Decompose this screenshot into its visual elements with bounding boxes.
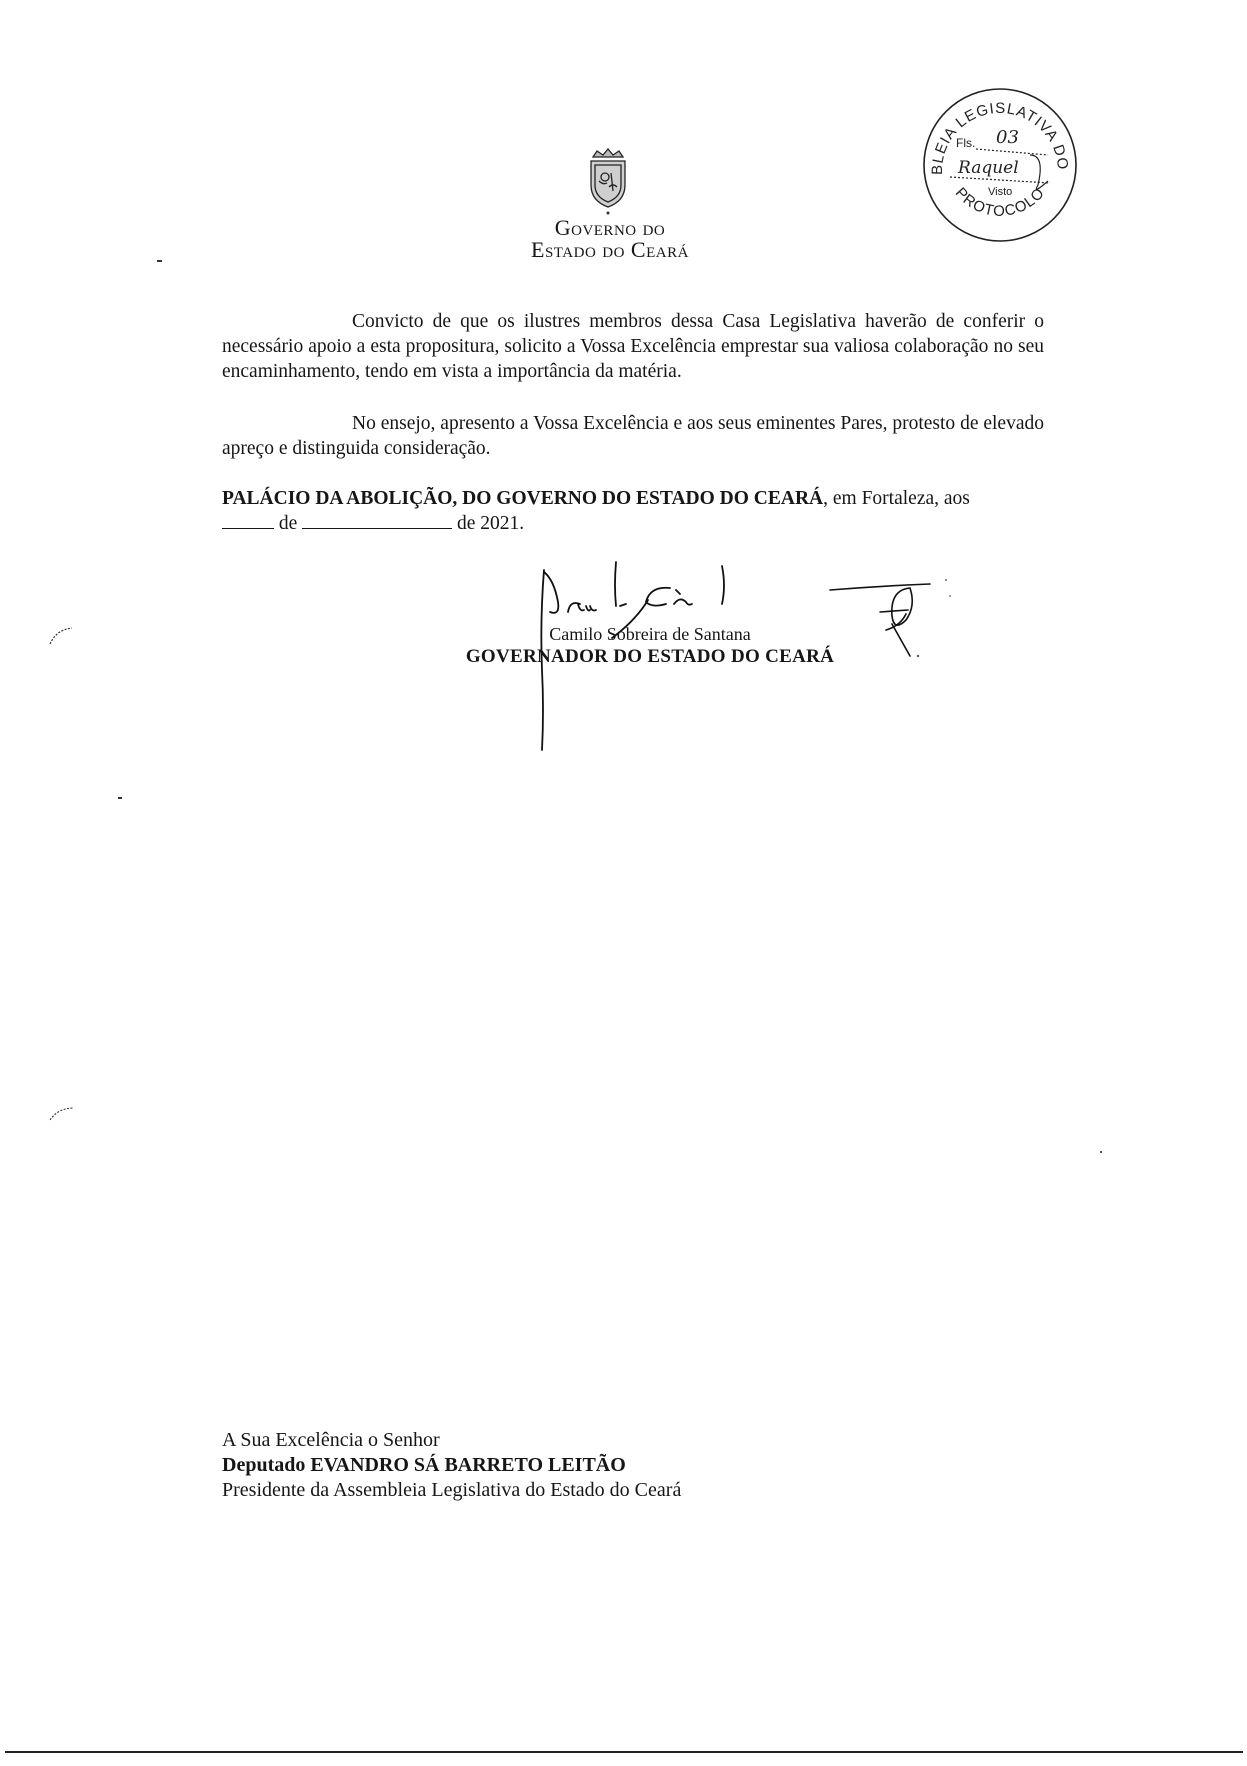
day-blank bbox=[222, 512, 274, 529]
addressee-name: Deputado EVANDRO SÁ BARRETO LEITÃO bbox=[222, 1453, 1022, 1478]
svg-text:03: 03 bbox=[996, 127, 1019, 148]
svg-text:Visto: Visto bbox=[988, 186, 1012, 198]
month-blank bbox=[302, 512, 452, 529]
rubric-initials-icon bbox=[810, 570, 970, 690]
ceara-coat-of-arms-icon bbox=[583, 147, 633, 217]
bottom-rule bbox=[5, 1751, 1243, 1753]
scan-mark bbox=[118, 797, 122, 799]
scan-arc-mark bbox=[48, 622, 78, 646]
svg-text:Fls.: Fls. bbox=[956, 136, 975, 150]
paragraph-ensejo: No ensejo, apresento a Vossa Excelência … bbox=[222, 411, 1044, 461]
scan-mark bbox=[157, 260, 162, 262]
closing-place-date: PALÁCIO DA ABOLIÇÃO, DO GOVERNO DO ESTAD… bbox=[222, 486, 1044, 536]
addressee-position: Presidente da Assembleia Legislativa do … bbox=[222, 1478, 1022, 1503]
svg-text:Raquel: Raquel bbox=[957, 158, 1019, 178]
protocol-stamp-icon: ASSEMBLEIA LEGISLATIVA DO CEARÁ PROTOCOL… bbox=[920, 85, 1080, 245]
scan-mark bbox=[1100, 1151, 1102, 1153]
addressee-salutation: A Sua Excelência o Senhor bbox=[222, 1428, 1022, 1453]
palacio-label: PALÁCIO DA ABOLIÇÃO, DO GOVERNO DO ESTAD… bbox=[222, 488, 823, 509]
scan-arc-mark bbox=[48, 1100, 78, 1122]
letterhead-estado: Estado do Ceará bbox=[480, 238, 740, 262]
paragraph-apoio: Convicto de que os ilustres membros dess… bbox=[222, 309, 1044, 384]
